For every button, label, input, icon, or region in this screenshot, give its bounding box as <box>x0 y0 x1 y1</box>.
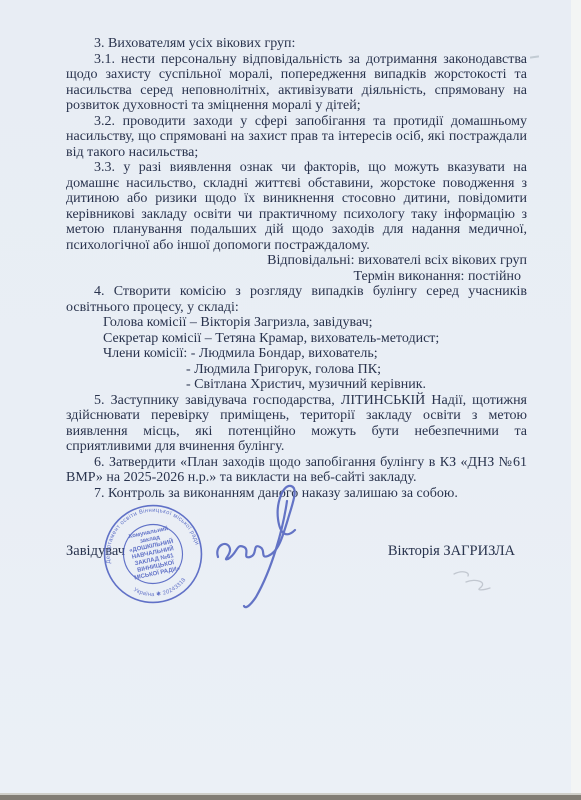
signatory-title: Завідувач <box>66 543 125 560</box>
stamp-center-line-6: ВІННИЦЬКОЇ <box>137 559 175 574</box>
order-item-3: 3. Вихователям усіх вікових груп: <box>66 36 527 52</box>
scanned-order-page: 3. Вихователям усіх вікових груп: 3.1. н… <box>0 0 581 800</box>
svg-text:Україна ✱ 20243318: Україна ✱ 20243318 <box>131 576 189 603</box>
order-item-4: 4. Створити комісію з розгляду випадків … <box>66 284 527 315</box>
committee-head: Голова комісії – Вікторія Загризла, заві… <box>66 315 527 331</box>
committee-member-3: - Світлана Христич, музичний керівник. <box>66 377 527 393</box>
scan-page-right-edge <box>571 0 581 800</box>
order-item-3-2: 3.2. проводити заходи у сфері запобіганн… <box>66 114 527 161</box>
stamp-center-line-7: МІСЬКОЇ РАДИ» <box>134 565 182 582</box>
scan-page-bottom-edge <box>0 795 581 800</box>
order-text-block: 3. Вихователям усіх вікових груп: 3.1. н… <box>66 36 527 501</box>
scan-artifact-dash <box>530 55 539 58</box>
term-line: Термін виконання: постійно <box>66 269 527 285</box>
stamp-center-line-1: Комунальний <box>128 525 169 540</box>
order-item-5: 5. Заступнику завідувача господарства, Л… <box>66 393 527 455</box>
responsible-line: Відповідальні: вихователі всіх вікових г… <box>66 253 527 269</box>
stamp-ring-bottom-text: Україна ✱ 20243318 <box>131 576 189 603</box>
committee-secretary: Секретар комісії – Тетяна Крамар, вихова… <box>66 331 527 347</box>
committee-member-1: Члени комісії: - Людмила Бондар, виховат… <box>66 346 527 362</box>
signatory-name: Вікторія ЗАГРИЗЛА <box>388 543 527 560</box>
signature-row: Завідувач Вікторія ЗАГРИЗЛА <box>66 543 527 560</box>
scan-artifact-smudge <box>450 566 498 598</box>
order-item-6: 6. Затвердити «План заходів щодо запобіг… <box>66 455 527 486</box>
order-item-3-3: 3.3. у разі виявлення ознак чи факторів,… <box>66 160 527 253</box>
committee-member-2: - Людмила Григорук, голова ПК; <box>66 362 527 378</box>
order-item-7: 7. Контроль за виконанням даного наказу … <box>66 486 527 502</box>
order-item-3-1: 3.1. нести персональну відповідальність … <box>66 52 527 114</box>
